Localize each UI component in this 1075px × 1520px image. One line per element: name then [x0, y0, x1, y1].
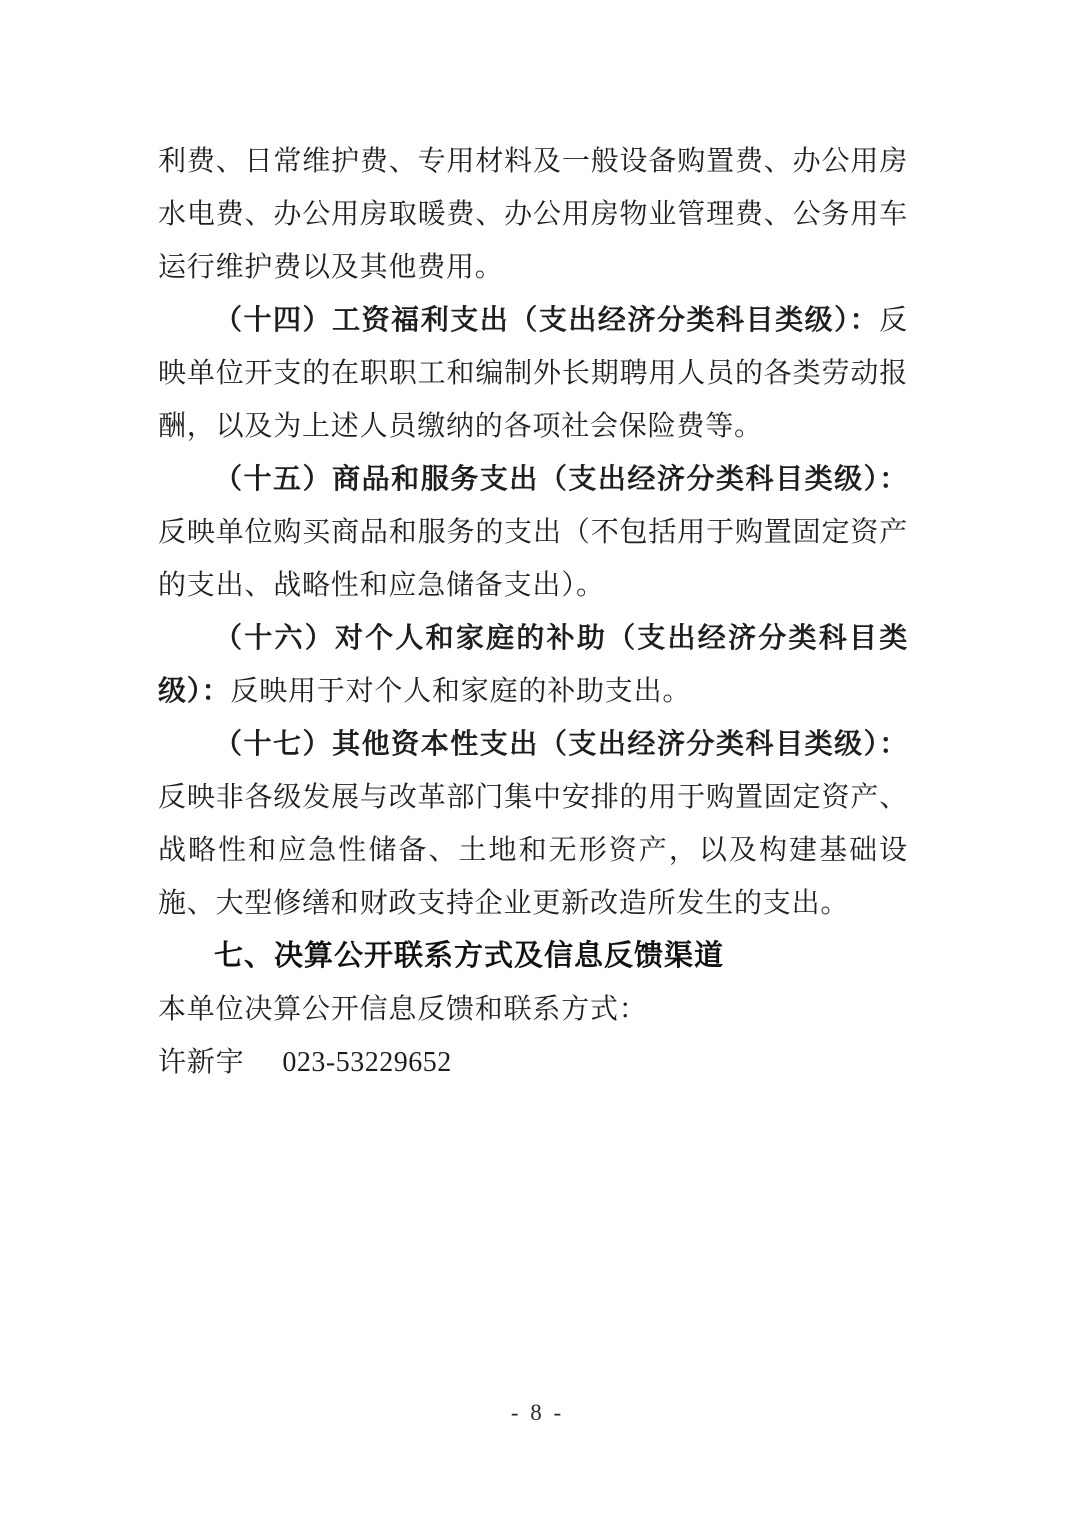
document-content: 利费、日常维护费、专用材料及一般设备购置费、办公用房水电费、办公用房取暖费、办公… — [158, 135, 908, 1089]
expense-item-paragraph-14: （十四）工资福利支出（支出经济分类科目类级）：反映单位开支的在职职工和编制外长期… — [158, 294, 908, 453]
expense-item-15-body: 反映单位购买商品和服务的支出（不包括用于购置固定资产的支出、战略性和应急储备支出… — [158, 517, 908, 601]
expense-item-paragraph-16: （十六）对个人和家庭的补助（支出经济分类科目类级）：反映用于对个人和家庭的补助支… — [158, 612, 908, 718]
contact-phone: 023-53229652 — [282, 1047, 451, 1078]
expense-item-17-body: 反映非各级发展与改革部门集中安排的用于购置固定资产、战略性和应急性储备、土地和无… — [158, 782, 908, 919]
expense-item-15-lead: （十五）商品和服务支出（支出经济分类科目类级）： — [214, 464, 908, 495]
paragraph-fees-continuation: 利费、日常维护费、专用材料及一般设备购置费、办公用房水电费、办公用房取暖费、办公… — [158, 135, 908, 294]
document-page: 利费、日常维护费、专用材料及一般设备购置费、办公用房水电费、办公用房取暖费、办公… — [0, 0, 1075, 1520]
contact-name: 许新宇 — [158, 1047, 244, 1078]
page-number: - 8 - — [0, 1398, 1075, 1428]
contact-details: 许新宇023-53229652 — [158, 1036, 908, 1089]
section-heading-contact: 七、决算公开联系方式及信息反馈渠道 — [158, 930, 908, 983]
expense-item-paragraph-15: （十五）商品和服务支出（支出经济分类科目类级）：反映单位购买商品和服务的支出（不… — [158, 453, 908, 612]
contact-intro: 本单位决算公开信息反馈和联系方式： — [158, 983, 908, 1036]
expense-item-14-lead: （十四）工资福利支出（支出经济分类科目类级）： — [214, 305, 879, 336]
expense-item-paragraph-17: （十七）其他资本性支出（支出经济分类科目类级）：反映非各级发展与改革部门集中安排… — [158, 718, 908, 930]
expense-item-16-body: 反映用于对个人和家庭的补助支出。 — [230, 676, 691, 707]
expense-item-17-lead: （十七）其他资本性支出（支出经济分类科目类级）： — [214, 729, 908, 760]
